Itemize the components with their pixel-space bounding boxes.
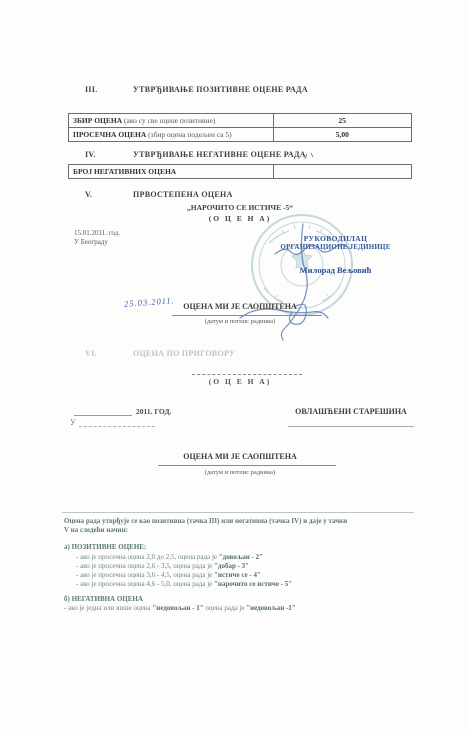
positive-grades-table: ЗБИР ОЦЕНА (ако су све оцене позитивне) …	[68, 113, 412, 142]
footnote-intro: Оцена рада утврђује се као позитивна (та…	[64, 517, 416, 535]
section-v-heading: V. ПРВОСТЕПЕНА ОЦЕНА	[85, 190, 233, 199]
item-grade: "довољан - 2"	[219, 553, 263, 561]
pencil-marks	[302, 150, 316, 162]
item-text: - ако је просечна оцена 2,6 - 3,5, оцена…	[76, 562, 212, 570]
item-grade: "недовољан -1"	[246, 604, 296, 612]
table-row: ЗБИР ОЦЕНА (ако су све оцене позитивне) …	[69, 114, 412, 128]
section-vi-heading: VI. ОЦЕНА ПО ПРИГОВОРУ	[85, 349, 235, 358]
sum-grades-label: ЗБИР ОЦЕНА	[73, 116, 122, 125]
avg-grade-note: (збир оцена подељен са 5)	[148, 130, 231, 139]
item-text: - ако је просечна оцена 2,0 до 2,5, оцен…	[76, 553, 217, 561]
section-iv-heading: IV. УТВРЂИВАЊЕ НЕГАТИВНЕ ОЦЕНЕ РАДА	[85, 150, 306, 159]
item-grade: "нарочито се истиче - 5"	[214, 580, 292, 588]
item-text: - ако је једна или више оцена	[64, 604, 151, 612]
negative-grade-item: - ако је једна или више оцена "недовољан…	[64, 604, 416, 613]
footnote-intro-line1: Оцена рада утврђује се као позитивна (та…	[64, 517, 416, 526]
sum-grades-value: 25	[273, 114, 412, 128]
announcement1-title: ОЦЕНА МИ ЈЕ САОПШТЕНА	[68, 302, 412, 311]
section-iv-title: УТВРЂИВАЊЕ НЕГАТИВНЕ ОЦЕНЕ РАДА	[133, 150, 306, 159]
place-blank	[79, 418, 155, 427]
positive-grade-item: - ако је просечна оцена 4,6 - 5,0, оцена…	[76, 580, 416, 589]
negative-grade-heading: б) НЕГАТИВНА ОЦЕНА	[64, 595, 143, 604]
announcement2-title: ОЦЕНА МИ ЈЕ САОПШТЕНА	[68, 452, 412, 461]
year-label: 2011. ГОД.	[136, 407, 171, 416]
negative-grades-table: БРОЈ НЕГАТИВНИХ ОЦЕНА	[68, 164, 412, 179]
item-text: - ако је просечна оцена 4,6 - 5,0, оцена…	[76, 580, 212, 588]
item-text: - ако је просечна оцена 3,6 - 4,5, оцена…	[76, 571, 212, 579]
item-grade: "истиче се - 4"	[214, 571, 261, 579]
place-prefix: У	[70, 418, 76, 427]
item-grade: "добар - 3"	[214, 562, 249, 570]
item-text: оцена рада је	[205, 604, 244, 612]
authorized-officer-title: ОВЛАШЋЕНИ СТАРЕШИНА	[282, 407, 420, 416]
avg-grade-value: 5,00	[273, 128, 412, 142]
sum-grades-note: (ако су све оцене позитивне)	[124, 116, 215, 125]
positive-grade-item: - ако је просечна оцена 2,0 до 2,5, оцен…	[76, 553, 416, 562]
negative-count-label: БРОЈ НЕГАТИВНИХ ОЦЕНА	[73, 167, 176, 176]
avg-grade-label: ПРОСЕЧНА ОЦЕНА	[73, 130, 146, 139]
table-row: ПРОСЕЧНА ОЦЕНА (збир оцена подељен са 5)…	[69, 128, 412, 142]
positive-grades-heading: а) ПОЗИТИВНЕ ОЦЕНЕ:	[64, 543, 146, 552]
item-grade: "недовољан - 1"	[152, 604, 203, 612]
year-blank-line: 2011. ГОД.	[74, 407, 171, 416]
announcement2-signature-line	[158, 465, 336, 466]
supervisor-name: Милорад Вељовић	[258, 265, 413, 275]
place-blank-line: У	[70, 418, 155, 427]
scanned-form-page: III. УТВРЂИВАЊЕ ПОЗИТИВНЕ ОЦЕНЕ РАДА ЗБИ…	[0, 0, 468, 734]
officer-signature-line	[288, 426, 414, 427]
section-v-numeral: V.	[85, 190, 133, 199]
negative-count-value	[273, 165, 412, 179]
section-iii-numeral: III.	[85, 85, 133, 94]
announcement1-signature-line	[172, 315, 322, 316]
supervisor-title-line1: РУКОВОДИЛАЦ	[258, 234, 413, 243]
table-row: БРОЈ НЕГАТИВНИХ ОЦЕНА	[69, 165, 412, 179]
date-blank	[74, 407, 132, 416]
section-iii-title: УТВРЂИВАЊЕ ПОЗИТИВНЕ ОЦЕНЕ РАДА	[133, 85, 308, 94]
footnote-intro-line2: V на следећи начин:	[64, 526, 416, 535]
section-iv-numeral: IV.	[85, 150, 133, 159]
announcement2-caption: (датум и потпис радника)	[68, 469, 412, 476]
positive-grade-item: - ако је просечна оцена 2,6 - 3,5, оцена…	[76, 562, 416, 571]
section-vi-numeral: VI.	[85, 349, 133, 358]
announcement1-caption: (датум и потпис радника)	[68, 318, 412, 325]
evaluation-date: 15.01.2011. год.	[74, 229, 120, 238]
positive-grade-item: - ако је просечна оцена 3,6 - 4,5, оцена…	[76, 571, 416, 580]
date-place-block: 15.01.2011. год. У Београду	[74, 229, 120, 247]
evaluation-place: У Београду	[74, 238, 120, 247]
section-iii-heading: III. УТВРЂИВАЊЕ ПОЗИТИВНЕ ОЦЕНЕ РАДА	[85, 85, 308, 94]
appeal-grade-line	[192, 374, 302, 375]
supervisor-title-line2: ОРГАНИЗАЦИОНЕ ЈЕДИНИЦЕ	[258, 243, 413, 251]
supervisor-block: РУКОВОДИЛАЦ ОРГАНИЗАЦИОНЕ ЈЕДИНИЦЕ Милор…	[258, 234, 413, 275]
appeal-grade-caption: (О Ц Е Н А)	[68, 377, 412, 386]
footnote-rule	[62, 512, 414, 513]
section-v-title: ПРВОСТЕПЕНА ОЦЕНА	[133, 190, 233, 199]
section-vi-title: ОЦЕНА ПО ПРИГОВОРУ	[133, 349, 235, 358]
